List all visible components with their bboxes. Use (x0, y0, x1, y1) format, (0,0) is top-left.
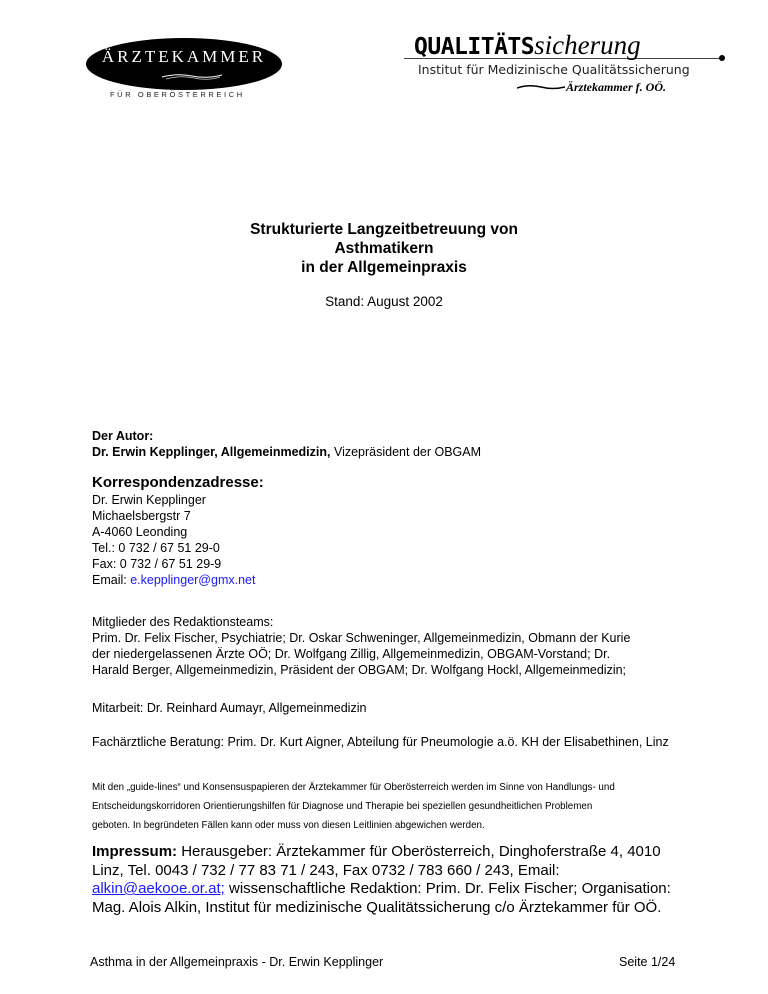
logo-subtitle: FÜR OBERÖSTERREICH (110, 90, 245, 99)
qs-bold: QUALITÄTS (414, 34, 534, 60)
email-line: Email: e.kepplinger@gmx.net (92, 572, 264, 588)
email-link[interactable]: e.kepplinger@gmx.net (130, 573, 255, 587)
author-role: Vizepräsident der OBGAM (330, 445, 481, 459)
title-line: in der Allgemeinpraxis (0, 258, 768, 277)
logo-oval: ÄRZTEKAMMER (86, 38, 282, 90)
impressum-text: wissenschaftliche Redaktion: Prim. Dr. F… (225, 880, 671, 897)
impressum-line: Mag. Alois Alkin, Institut für medizinis… (92, 899, 671, 918)
footer-left: Asthma in der Allgemeinpraxis - Dr. Erwi… (90, 955, 383, 969)
impressum: Impressum: Herausgeber: Ärztekammer für … (92, 843, 671, 917)
author-line: Dr. Erwin Kepplinger, Allgemeinmedizin, … (92, 444, 481, 460)
title-line: Asthmatikern (0, 239, 768, 258)
fax-line: Fax: 0 732 / 67 51 29-9 (92, 556, 264, 572)
qs-logo-title: QUALITÄTSsicherung (414, 30, 641, 61)
address-line: Dr. Erwin Kepplinger (92, 492, 264, 508)
impressum-text: Herausgeber: Ärztekammer für Oberösterre… (177, 843, 661, 860)
document-date: Stand: August 2002 (0, 294, 768, 309)
impressum-line: Linz, Tel. 0043 / 732 / 77 83 71 / 243, … (92, 862, 671, 881)
page-number: Seite 1/24 (619, 955, 675, 969)
logo-title: ÄRZTEKAMMER (86, 47, 282, 67)
team-heading: Mitglieder des Redaktionsteams: (92, 614, 630, 630)
wave-icon (162, 72, 222, 80)
correspondence-heading: Korrespondenzadresse: (92, 474, 264, 492)
disclaimer-line: Mit den „guide-lines“ und Konsensuspapie… (92, 778, 615, 797)
author-section: Der Autor: Dr. Erwin Kepplinger, Allgeme… (92, 428, 481, 460)
address-line: Michaelsbergstr 7 (92, 508, 264, 524)
email-label: Email: (92, 573, 130, 587)
mitarbeit: Mitarbeit: Dr. Reinhard Aumayr, Allgemei… (92, 700, 366, 716)
disclaimer: Mit den „guide-lines“ und Konsensuspapie… (92, 778, 615, 835)
impressum-line: Impressum: Herausgeber: Ärztekammer für … (92, 843, 671, 862)
title-line: Strukturierte Langzeitbetreuung von (0, 220, 768, 239)
author-heading: Der Autor: (92, 428, 481, 444)
impressum-label: Impressum: (92, 843, 177, 860)
document-title: Strukturierte Langzeitbetreuung von Asth… (0, 220, 768, 277)
qs-kammer: Ärztekammer f. OÖ. (566, 80, 666, 95)
swoosh-icon (517, 84, 565, 90)
dot-icon (719, 55, 725, 61)
author-name: Dr. Erwin Kepplinger, Allgemeinmedizin, (92, 445, 330, 459)
team-line: der niedergelassenen Ärzte OÖ; Dr. Wolfg… (92, 646, 630, 662)
qs-institute: Institut für Medizinische Qualitätssiche… (418, 62, 690, 77)
team-line: Harald Berger, Allgemeinmedizin, Präside… (92, 662, 630, 678)
qs-italic: sicherung (534, 30, 640, 60)
impressum-email-link[interactable]: alkin@aekooe.or.at; (92, 880, 225, 897)
impressum-line: alkin@aekooe.or.at; wissenschaftliche Re… (92, 880, 671, 899)
team-section: Mitglieder des Redaktionsteams: Prim. Dr… (92, 614, 630, 678)
beratung: Fachärztliche Beratung: Prim. Dr. Kurt A… (92, 734, 714, 750)
disclaimer-line: Entscheidungskorridoren Orientierungshil… (92, 797, 615, 816)
correspondence-section: Korrespondenzadresse: Dr. Erwin Keppling… (92, 474, 264, 588)
team-line: Prim. Dr. Felix Fischer, Psychiatrie; Dr… (92, 630, 630, 646)
phone-line: Tel.: 0 732 / 67 51 29-0 (92, 540, 264, 556)
disclaimer-line: geboten. In begründeten Fällen kann oder… (92, 816, 615, 835)
address-line: A-4060 Leonding (92, 524, 264, 540)
